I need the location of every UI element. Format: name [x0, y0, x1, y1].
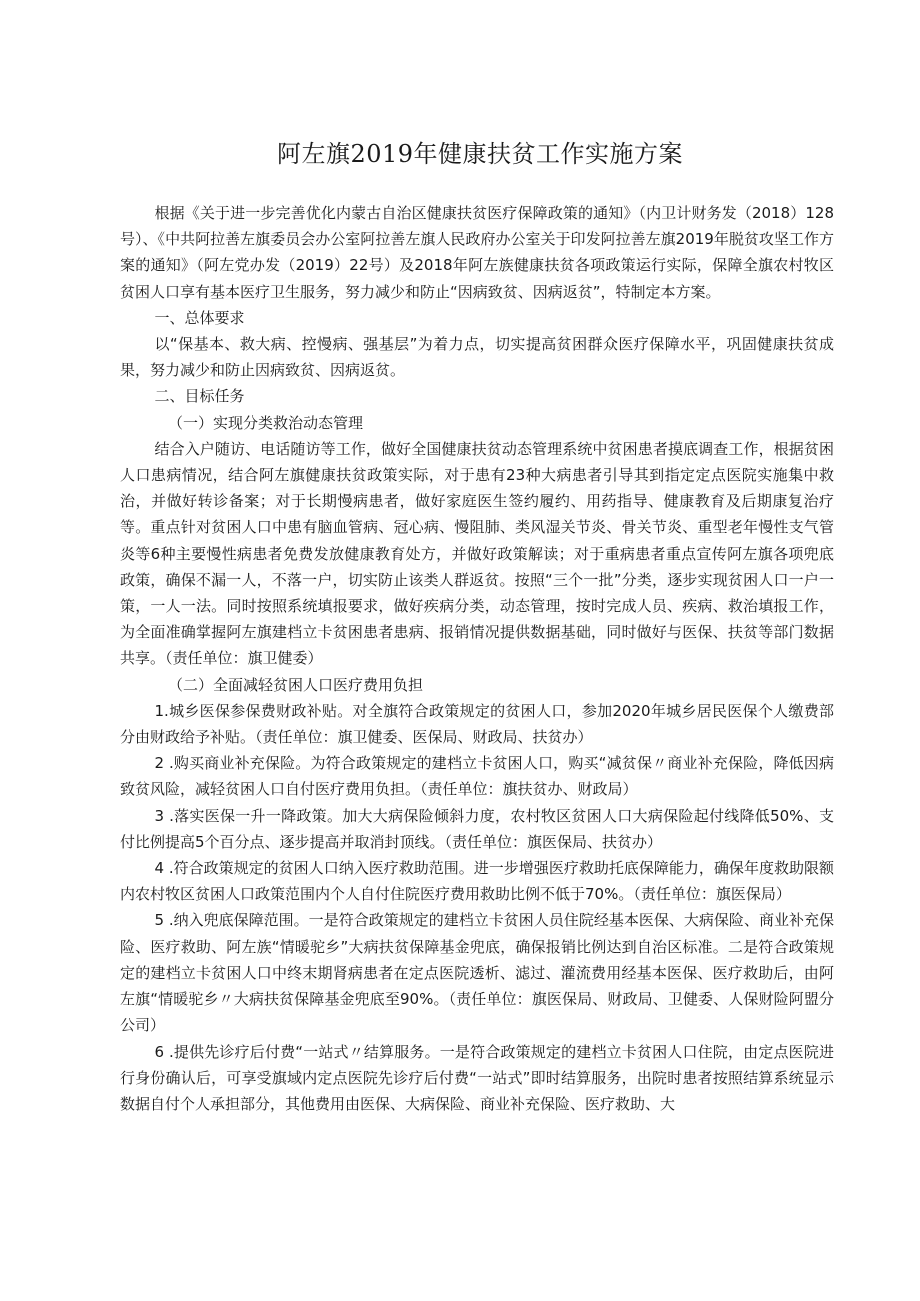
item-2-paragraph: 2 .购买商业补充保险。为符合政策规定的建档立卡贫困人口，购买“减贫保〃商业补充… — [120, 750, 834, 802]
section-heading-general-requirements: 一、总体要求 — [120, 305, 834, 331]
document-title: 阿左旗2019年健康扶贫工作实施方案 — [0, 136, 920, 172]
item-6-paragraph: 6 .提供先诊疗后付费“一站式〃结算服务。一是符合政策规定的建档立卡贫困人口住院… — [120, 1039, 834, 1118]
item-1-paragraph: 1.城乡医保参保费财政补贴。对全旗符合政策规定的贫困人口，参加2020年城乡居民… — [120, 698, 834, 750]
document-page: 阿左旗2019年健康扶贫工作实施方案 根据《关于进一步完善优化内蒙古自治区健康扶… — [0, 0, 920, 1301]
intro-paragraph: 根据《关于进一步完善优化内蒙古自治区健康扶贫医疗保障政策的通知》（内卫计财务发（… — [120, 200, 834, 305]
subsection-heading-reduce-costs: （二）全面减轻贫困人口医疗费用负担 — [120, 672, 834, 698]
item-5-paragraph: 5 .纳入兜底保障范围。一是符合政策规定的建档立卡贫困人员住院经基本医保、大病保… — [120, 907, 834, 1038]
item-3-paragraph: 3 .落实医保一升一降政策。加大大病保险倾斜力度，农村牧区贫困人口大病保险起付线… — [120, 803, 834, 855]
general-requirements-paragraph: 以“保基本、救大病、控慢病、强基层”为着力点，切实提高贫困群众医疗保障水平，巩固… — [120, 331, 834, 383]
dynamic-management-paragraph: 结合入户随访、电话随访等工作，做好全国健康扶贫动态管理系统中贫困患者摸底调查工作… — [120, 436, 834, 672]
subsection-heading-dynamic-management: （一）实现分类救治动态管理 — [120, 410, 834, 436]
section-heading-target-tasks: 二、目标任务 — [120, 383, 834, 409]
item-4-paragraph: 4 .符合政策规定的贫困人口纳入医疗救助范围。进一步增强医疗救助托底保障能力，确… — [120, 855, 834, 907]
document-body: 根据《关于进一步完善优化内蒙古自治区健康扶贫医疗保障政策的通知》（内卫计财务发（… — [120, 200, 834, 1117]
